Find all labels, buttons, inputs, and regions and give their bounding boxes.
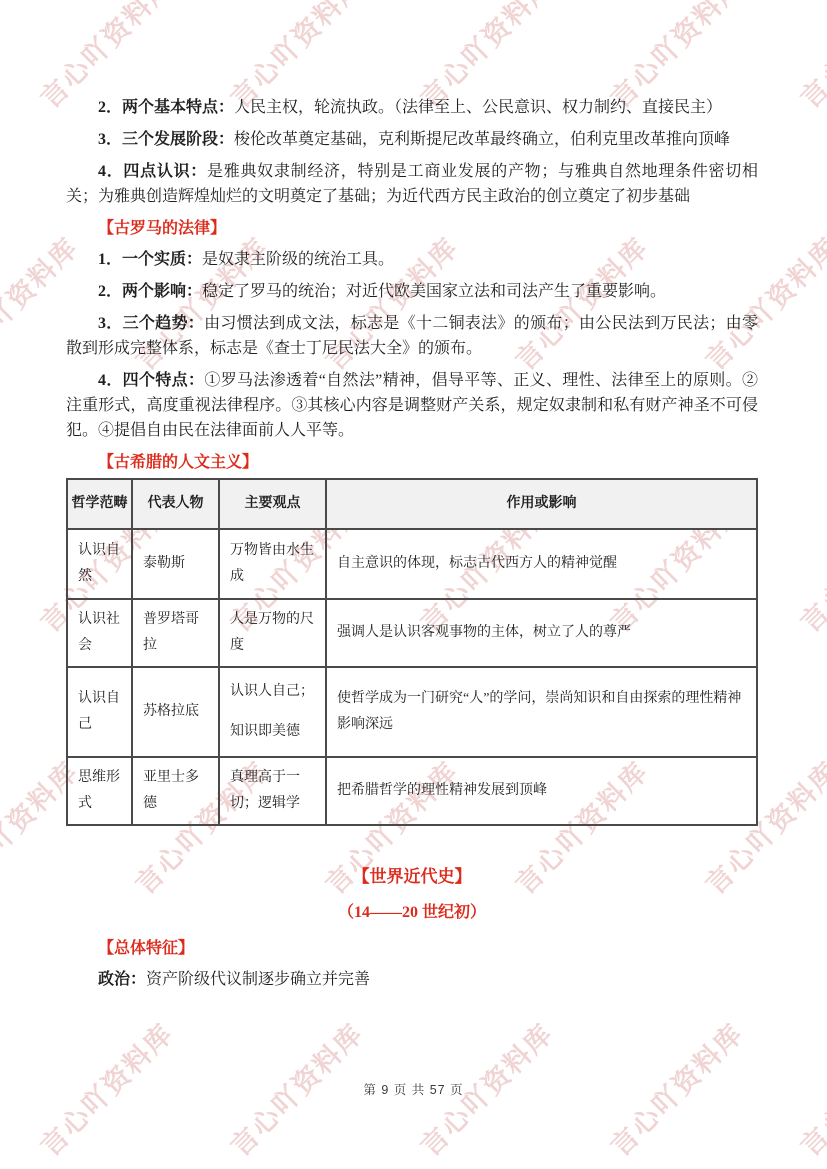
section-heading-overall-features: 【总体特征】: [66, 936, 758, 961]
table-cell: 人是万物的尺度: [219, 599, 326, 667]
point-label: 4．四个特点：: [98, 372, 204, 389]
table-cell: 真理高于一切；逻辑学: [219, 757, 326, 825]
table-cell: 认识自己: [67, 667, 132, 757]
point-label: 3．三个趋势：: [98, 315, 204, 332]
point-label: 2．两个影响：: [98, 283, 202, 300]
page-number: 第 9 页 共 57 页: [0, 1080, 827, 1098]
section-heading-humanism: 【古希腊的人文主义】: [66, 450, 758, 475]
table-cell: 认识自然: [67, 529, 132, 599]
point-text: 是奴隶主阶级的统治工具。: [202, 251, 394, 268]
document-page: { "page": { "watermark_text": "言心吖资料库", …: [0, 0, 827, 1169]
point-text: 梭伦改革奠定基础，克利斯提尼改革最终确立，伯利克里改革推向顶峰: [234, 131, 730, 148]
point-text: 稳定了罗马的统治；对近代欧美国家立法和司法产生了重要影响。: [202, 283, 666, 300]
table-cell: 认识社会: [67, 599, 132, 667]
section-title-modern-history: 【世界近代史】: [66, 864, 758, 890]
table-cell: 使哲学成为一门研究“人”的学问，崇尚知识和自由探索的理性精神影响深远: [326, 667, 757, 757]
table-cell: 强调人是认识客观事物的主体，树立了人的尊严: [326, 599, 757, 667]
humanism-table: 哲学范畴 代表人物 主要观点 作用或影响 认识自然 泰勒斯 万物皆由水生成 自主…: [66, 478, 758, 826]
point-text: 人民主权，轮流执政。（法律至上、公民意识、权力制约、直接民主）: [234, 99, 722, 116]
watermark-text: 言心吖资料库: [790, 0, 827, 116]
table-row: 认识自然 泰勒斯 万物皆由水生成 自主意识的体现，标志古代西方人的精神觉醒: [67, 529, 757, 599]
table-header-cell: 作用或影响: [326, 479, 757, 529]
table-cell: 泰勒斯: [132, 529, 219, 599]
paragraph-athens-stages: 3．三个发展阶段：梭伦改革奠定基础，克利斯提尼改革最终确立，伯利克里改革推向顶峰: [66, 127, 758, 152]
section-subtitle-period: （14——20 世纪初）: [66, 900, 758, 925]
table-cell: 万物皆由水生成: [219, 529, 326, 599]
table-row: 认识自己 苏格拉底 认识人自己； 知识即美德 使哲学成为一门研究“人”的学问，崇…: [67, 667, 757, 757]
point-label: 4．四点认识：: [98, 163, 207, 180]
point-label: 3．三个发展阶段：: [98, 131, 234, 148]
table-cell: 思维形式: [67, 757, 132, 825]
paragraph-athens-understandings: 4．四点认识：是雅典奴隶制经济，特别是工商业发展的产物；与雅典自然地理条件密切相…: [66, 159, 758, 209]
table-cell: 普罗塔哥拉: [132, 599, 219, 667]
page-content: 2．两个基本特点：人民主权，轮流执政。（法律至上、公民意识、权力制约、直接民主）…: [66, 0, 758, 999]
watermark-text: 言心吖资料库: [790, 489, 827, 640]
table-header-cell: 代表人物: [132, 479, 219, 529]
paragraph-roman-essence: 1．一个实质：是奴隶主阶级的统治工具。: [66, 247, 758, 272]
table-cell: 亚里士多德: [132, 757, 219, 825]
paragraph-roman-characteristics: 4．四个特点：①罗马法渗透着“自然法”精神，倡导平等、正义、理性、法律至上的原则…: [66, 368, 758, 443]
point-label: 政治：: [98, 971, 146, 988]
table-row: 认识社会 普罗塔哥拉 人是万物的尺度 强调人是认识客观事物的主体，树立了人的尊严: [67, 599, 757, 667]
table-cell: 把希腊哲学的理性精神发展到顶峰: [326, 757, 757, 825]
point-label: 2．两个基本特点：: [98, 99, 234, 116]
paragraph-roman-trends: 3．三个趋势：由习惯法到成文法，标志是《十二铜表法》的颁布；由公民法到万民法；由…: [66, 311, 758, 361]
table-header-cell: 主要观点: [219, 479, 326, 529]
point-label: 1．一个实质：: [98, 251, 202, 268]
point-text: 资产阶级代议制逐步确立并完善: [146, 971, 370, 988]
table-header-row: 哲学范畴 代表人物 主要观点 作用或影响: [67, 479, 757, 529]
table-row: 思维形式 亚里士多德 真理高于一切；逻辑学 把希腊哲学的理性精神发展到顶峰: [67, 757, 757, 825]
paragraph-roman-influences: 2．两个影响：稳定了罗马的统治；对近代欧美国家立法和司法产生了重要影响。: [66, 279, 758, 304]
table-cell: 自主意识的体现，标志古代西方人的精神觉醒: [326, 529, 757, 599]
section-heading-roman-law: 【古罗马的法律】: [66, 216, 758, 241]
paragraph-athens-features: 2．两个基本特点：人民主权，轮流执政。（法律至上、公民意识、权力制约、直接民主）: [66, 95, 758, 120]
table-header-cell: 哲学范畴: [67, 479, 132, 529]
table-cell: 苏格拉底: [132, 667, 219, 757]
table-cell: 认识人自己； 知识即美德: [219, 667, 326, 757]
paragraph-politics: 政治：资产阶级代议制逐步确立并完善: [66, 967, 758, 992]
